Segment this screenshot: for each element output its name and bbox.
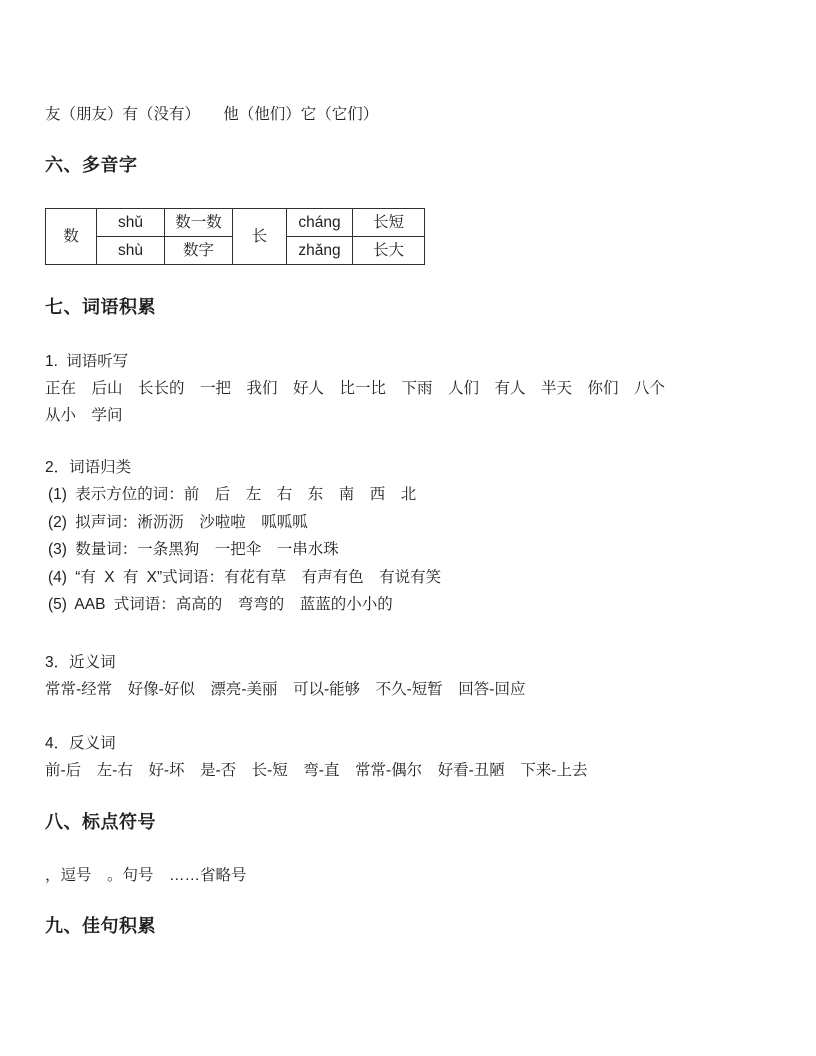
section-8-heading: 八、标点符号 [45, 809, 776, 835]
table-cell-word: 数一数 [165, 209, 233, 237]
sub1-word-list: 正在 后山 长长的 一把 我们 好人 比一比 下雨 人们 有人 半天 你们 八个… [45, 375, 776, 429]
table-cell-pinyin: shǔ [97, 209, 165, 237]
sub4-title: 4．反义词 [45, 730, 776, 757]
sub1-title: 1. 词语听写 [45, 348, 776, 375]
word-list-line: 从小 学问 [45, 402, 776, 429]
punctuation-line: ，逗号 。句号 ……省略号 [45, 862, 776, 889]
table-cell-word: 长短 [353, 209, 425, 237]
table-cell-pinyin: shù [97, 237, 165, 265]
polyphonic-table: 数 shǔ 数一数 长 cháng 长短 shù 数字 zhǎng 长大 [45, 208, 425, 265]
table-cell-pinyin: zhǎng [287, 237, 353, 265]
sub2-item-aab-pattern: (5) AAB 式词语：高高的 弯弯的 蓝蓝的小小的 [45, 591, 776, 619]
sub2-item-list: (1) 表示方位的词：前 后 左 右 东 南 西 北 (2) 拟声词：淅沥沥 沙… [45, 481, 776, 619]
sub2-title: 2．词语归类 [45, 454, 776, 481]
table-cell-word: 数字 [165, 237, 233, 265]
synonyms-line: 常常-经常 好像-好似 漂亮-美丽 可以-能够 不久-短暂 回答-回应 [45, 676, 776, 703]
section-6-heading: 六、多音字 [45, 152, 776, 178]
intro-line: 友（朋友）有（没有） 他（他们）它（它们） [45, 101, 776, 128]
sub2-item-youxyoux-pattern: (4) “有 X 有 X”式词语：有花有草 有声有色 有说有笑 [45, 564, 776, 592]
table-cell-char: 数 [46, 209, 97, 265]
table-cell-pinyin: cháng [287, 209, 353, 237]
word-list-line: 正在 后山 长长的 一把 我们 好人 比一比 下雨 人们 有人 半天 你们 八个 [45, 375, 776, 402]
sub2-item-onomatopoeia: (2) 拟声词：淅沥沥 沙啦啦 呱呱呱 [45, 509, 776, 537]
table-cell-word: 长大 [353, 237, 425, 265]
sub2-item-quantifiers: (3) 数量词：一条黑狗 一把伞 一串水珠 [45, 536, 776, 564]
table-cell-char: 长 [233, 209, 287, 265]
antonyms-line: 前-后 左-右 好-坏 是-否 长-短 弯-直 常常-偶尔 好看-丑陋 下来-上… [45, 757, 776, 784]
document-page: 友（朋友）有（没有） 他（他们）它（它们） 六、多音字 数 shǔ 数一数 长 … [0, 0, 816, 1056]
section-7-heading: 七、词语积累 [45, 294, 776, 320]
section-9-heading: 九、佳句积累 [45, 913, 776, 939]
table-row: 数 shǔ 数一数 长 cháng 长短 [46, 209, 425, 237]
sub2-item-direction-words: (1) 表示方位的词：前 后 左 右 东 南 西 北 [45, 481, 776, 509]
sub3-title: 3．近义词 [45, 649, 776, 676]
